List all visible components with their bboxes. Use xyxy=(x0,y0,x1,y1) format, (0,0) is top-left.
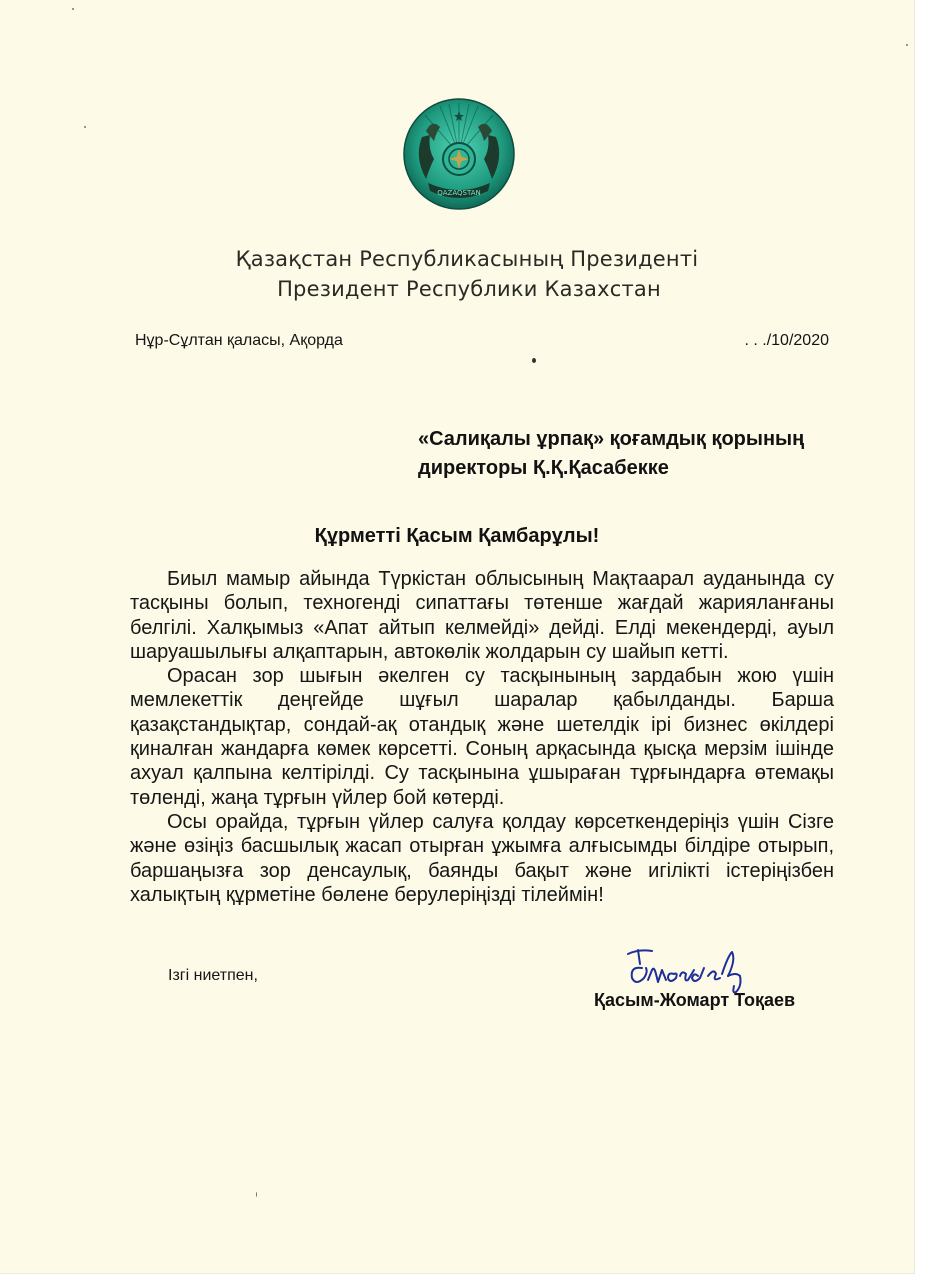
paragraph-3: Осы орайда, тұрғын үйлер салуға қолдау к… xyxy=(130,810,834,907)
recipient-line-1: «Салиқалы ұрпақ» қоғамдық қорының xyxy=(418,425,804,454)
paragraph-2: Орасан зор шығын әкелген су тасқынының з… xyxy=(130,664,834,810)
salutation: Құрметті Қасым Қамбарұлы! xyxy=(0,525,914,548)
paper-speck xyxy=(84,126,86,128)
paper-speck xyxy=(906,44,908,46)
paper-speck xyxy=(256,1192,257,1197)
place-of-issue: Нұр-Сұлтан қаласы, Ақорда xyxy=(135,332,343,350)
letter-page: QAZAQSTAN Қазақстан Республикасының През… xyxy=(0,0,915,1274)
ink-dot xyxy=(532,358,536,363)
letter-date: . . ./10/2020 xyxy=(744,332,829,350)
paper-speck xyxy=(72,8,74,10)
signer-name: Қасым-Жомарт Тоқаев xyxy=(594,990,795,1011)
header-kazakh: Қазақстан Республикасының Президенті xyxy=(10,247,924,271)
closing-phrase: Ізгі ниетпен, xyxy=(168,967,258,985)
state-emblem-icon: QAZAQSTAN xyxy=(400,97,518,211)
recipient-block: «Салиқалы ұрпақ» қоғамдық қорының директ… xyxy=(418,425,804,483)
header-russian: Президент Республики Казахстан xyxy=(12,277,926,301)
recipient-line-2: директоры Қ.Қ.Қасабекке xyxy=(418,454,804,483)
letter-body: Биыл мамыр айында Түркістан облысының Ма… xyxy=(130,567,834,907)
paragraph-1: Биыл мамыр айында Түркістан облысының Ма… xyxy=(130,567,834,664)
handwritten-signature-icon xyxy=(624,946,764,994)
svg-text:QAZAQSTAN: QAZAQSTAN xyxy=(437,189,480,197)
